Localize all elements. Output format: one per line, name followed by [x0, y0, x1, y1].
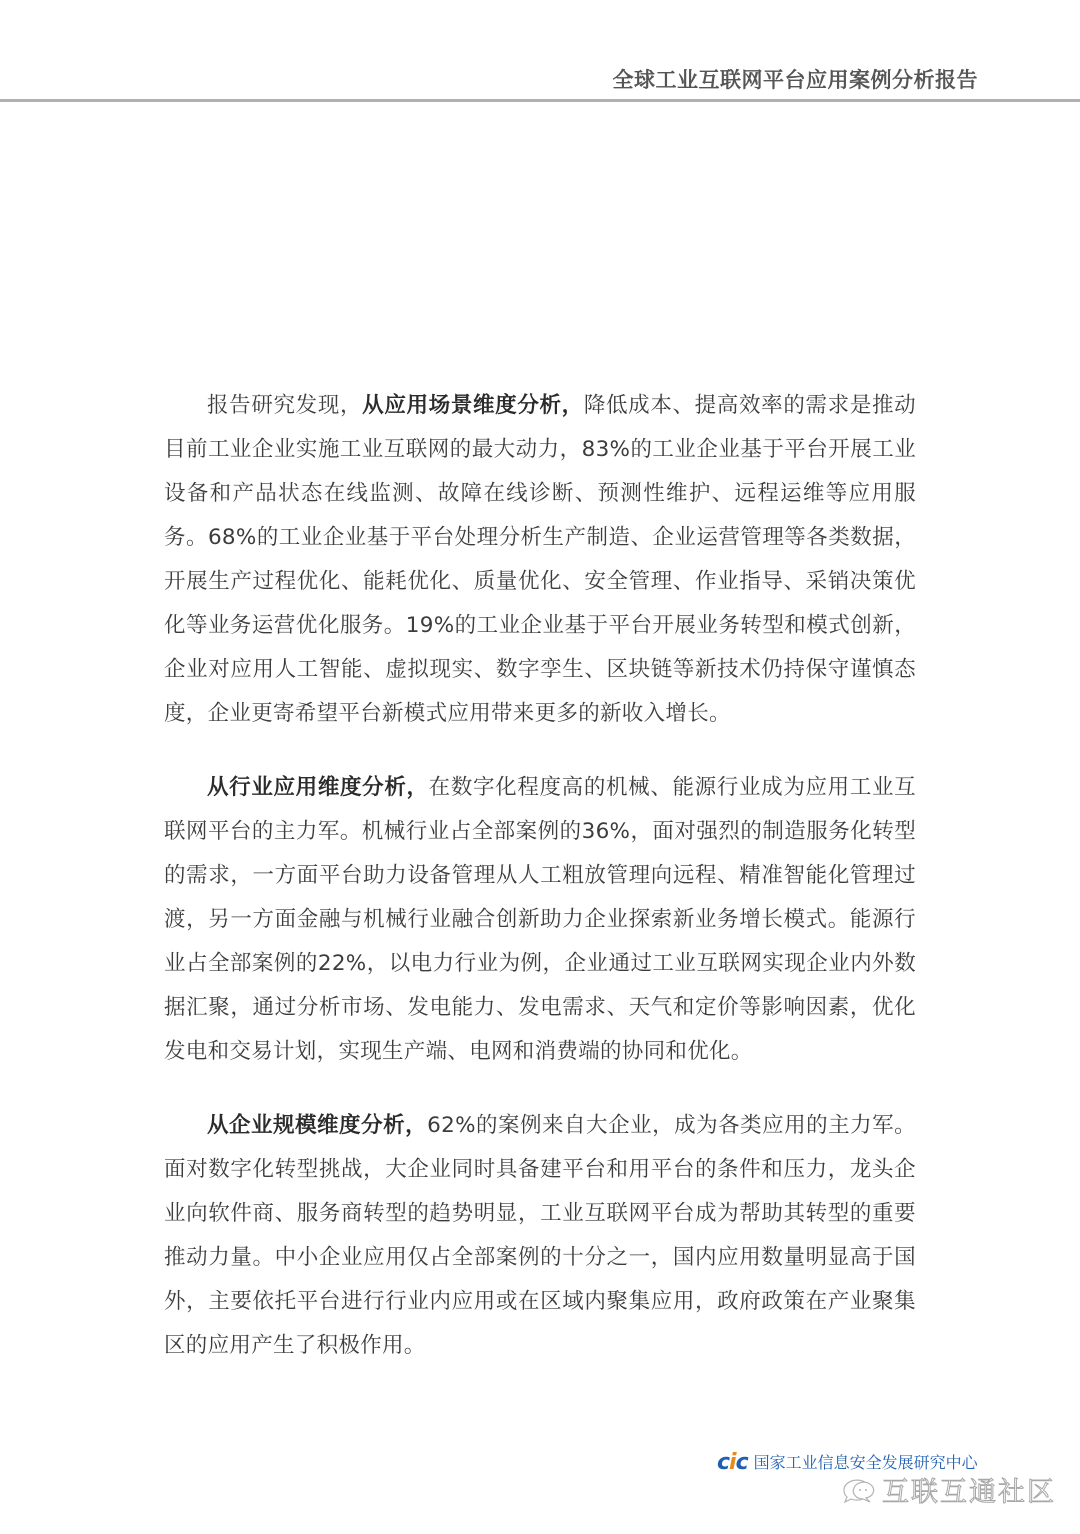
page-footer: cic 国家工业信息安全发展研究中心 互联互通社区: [0, 1440, 1080, 1534]
paragraph-industry-application: 从行业应用维度分析，在数字化程度高的机械、能源行业成为应用工业互联网平台的主力军…: [164, 766, 916, 1074]
paragraph-application-scenario: 报告研究发现，从应用场景维度分析，降低成本、提高效率的需求是推动目前工业企业实施…: [164, 384, 916, 736]
report-title: 全球工业互联网平台应用案例分析报告: [613, 64, 979, 94]
watermark-text: 互联互通社区: [882, 1470, 1056, 1509]
paragraph-enterprise-scale: 从企业规模维度分析，62%的案例来自大企业，成为各类应用的主力军。面对数字化转型…: [164, 1104, 916, 1368]
paragraph-heading-bold: 从应用场景维度分析，: [362, 393, 584, 418]
paragraph-heading-bold: 从企业规模维度分析，: [207, 1113, 427, 1138]
header-divider: [0, 99, 1080, 102]
wechat-watermark: 互联互通社区: [840, 1470, 1056, 1509]
wechat-icon: [840, 1475, 876, 1505]
body-content: 报告研究发现，从应用场景维度分析，降低成本、提高效率的需求是推动目前工业企业实施…: [164, 384, 916, 1398]
paragraph-text: 在数字化程度高的机械、能源行业成为应用工业互联网平台的主力军。机械行业占全部案例…: [164, 775, 916, 1064]
cic-logo-mark: cic: [717, 1452, 748, 1474]
paragraph-heading-bold: 从行业应用维度分析，: [207, 775, 429, 800]
paragraph-lead: 报告研究发现，: [207, 393, 362, 418]
paragraph-text: 62%的案例来自大企业，成为各类应用的主力军。面对数字化转型挑战，大企业同时具备…: [164, 1113, 916, 1358]
page-header: 全球工业互联网平台应用案例分析报告: [0, 0, 1080, 102]
paragraph-text: 降低成本、提高效率的需求是推动目前工业企业实施工业互联网的最大动力，83%的工业…: [164, 393, 916, 726]
